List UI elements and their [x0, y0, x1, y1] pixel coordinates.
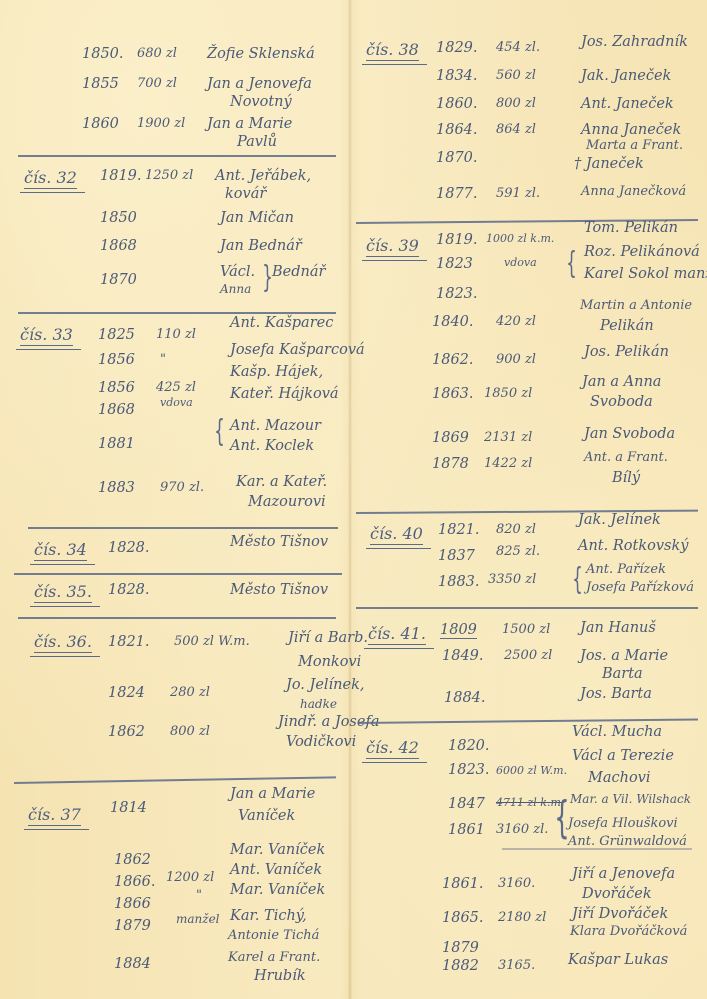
- owner-name: Václ.: [220, 264, 255, 280]
- year: 1884: [114, 956, 151, 972]
- amount: 2500 zl: [504, 648, 552, 663]
- year: 1862: [108, 724, 145, 740]
- owner-name: Jan a Anna: [582, 374, 661, 390]
- owner-name: Žofie Sklenská: [207, 46, 315, 62]
- amount: 420 zl: [496, 314, 536, 329]
- year: 1824: [108, 685, 145, 701]
- owner-name: Tom. Pelikán: [584, 220, 678, 236]
- year: 1850: [100, 210, 137, 226]
- house-number-label: čís. 40: [370, 524, 423, 545]
- amount: ": [160, 352, 166, 367]
- divider: [28, 527, 338, 529]
- owner-name: Jak. Jelínek: [578, 512, 661, 528]
- owner-name: Ant. Mazour: [230, 418, 321, 434]
- owner-name: Ant. Grünwaldová: [568, 834, 687, 849]
- bracket-icon: {: [566, 246, 577, 281]
- owner-name: Ant. Kašparec: [230, 315, 333, 331]
- house-number-label: čís. 33: [20, 325, 73, 346]
- owner-name: Anna Janečková: [581, 184, 686, 199]
- year: 1860: [82, 116, 119, 132]
- year: 1847: [448, 796, 485, 812]
- owner-name: Vodičkovi: [286, 734, 356, 750]
- year: 1823.: [436, 286, 478, 302]
- owner-name: Novotný: [230, 94, 292, 110]
- owner-name: Ant. a Frant.: [584, 450, 668, 465]
- amount: 700 zl: [137, 76, 177, 91]
- amount: 110 zl: [156, 327, 196, 342]
- amount: 500 zl W.m.: [174, 634, 250, 649]
- year: 1819.: [100, 168, 142, 184]
- owner-name: Ant. Rotkovský: [578, 538, 688, 554]
- year: 1870: [100, 272, 137, 288]
- amount: 800 zl: [496, 96, 536, 111]
- year: 1868: [98, 402, 135, 418]
- year: 1865.: [442, 910, 484, 926]
- owner-name: Jos. Zahradník: [581, 34, 688, 50]
- amount: 800 zl: [170, 724, 210, 739]
- amount: 280 zl: [170, 685, 210, 700]
- divider: [18, 155, 336, 157]
- owner-name: Anna: [220, 282, 251, 296]
- year: 1881: [98, 436, 135, 452]
- owner-name: † Janeček: [574, 156, 644, 172]
- amount: vdova: [160, 396, 193, 409]
- owner-name: Jan Svoboda: [584, 426, 675, 442]
- year: 1856: [98, 352, 135, 368]
- owner-name: Martin a Antonie: [580, 298, 692, 313]
- owner-name: Dvořáček: [582, 886, 652, 902]
- owner-name: Ant. Janeček: [581, 96, 674, 112]
- owner-name: Machovi: [588, 770, 651, 786]
- year: 1882: [442, 958, 479, 974]
- year: 1814: [110, 800, 147, 816]
- owner-name: Bednář: [272, 264, 325, 280]
- owner-name: Jos. Pelikán: [584, 344, 669, 360]
- year: 1869: [432, 430, 469, 446]
- owner-name: Kateř. Hájková: [230, 386, 339, 402]
- amount: 591 zl.: [496, 186, 540, 201]
- house-number-label: čís. 37: [28, 805, 81, 826]
- amount: 3160 zl.: [496, 822, 548, 837]
- owner-name: Ant. Vaníček: [230, 862, 322, 878]
- house-number-label: čís. 41.: [368, 624, 426, 645]
- divider: [18, 617, 336, 619]
- year: 1866.: [114, 874, 156, 890]
- owner-name: Anna Janeček: [581, 122, 681, 138]
- year: 1884.: [444, 690, 486, 706]
- owner-name: Roz. Pelikánová: [584, 244, 700, 260]
- owner-name: Ant. Pařízek: [586, 562, 666, 577]
- amount: manžel: [176, 912, 220, 926]
- year: 1863.: [432, 386, 474, 402]
- owner-name: Kar. a Kateř.: [236, 474, 327, 490]
- divider: [14, 776, 336, 783]
- amount: 3160.: [498, 876, 535, 891]
- owner-name: Pelikán: [600, 318, 654, 334]
- bracket-icon: {: [214, 414, 225, 449]
- owner-name: Ant. Koclek: [230, 438, 314, 454]
- amount: 1200 zl: [166, 870, 214, 885]
- year: 1861: [448, 822, 485, 838]
- year: 1840.: [432, 314, 474, 330]
- year: 1828.: [108, 582, 150, 598]
- year: 1879: [442, 940, 479, 956]
- divider: [358, 718, 698, 723]
- year: 1866: [114, 896, 151, 912]
- amount: 680 zl: [137, 46, 177, 61]
- amount: 970 zl.: [160, 480, 204, 495]
- amount: ": [196, 888, 202, 903]
- owner-name: Barta: [602, 666, 643, 682]
- amount: 1500 zl: [502, 622, 550, 637]
- left-column: 1850. 680 zl Žofie Sklenská 1855 700 zl …: [0, 0, 348, 999]
- year: 1821.: [438, 522, 480, 538]
- owner-name: Jos. a Marie: [580, 648, 668, 664]
- divider: [356, 607, 698, 609]
- owner-name: Kar. Tichý,: [230, 908, 307, 924]
- year: 1849.: [442, 648, 484, 664]
- year: 1855: [82, 76, 119, 92]
- year: 1878: [432, 456, 469, 472]
- year: 1860.: [436, 96, 478, 112]
- year: 1834.: [436, 68, 478, 84]
- amount: 3165.: [498, 958, 535, 973]
- owner-name: Hrubík: [254, 968, 306, 984]
- owner-name: kovář: [225, 186, 266, 202]
- owner-name: Josefa Kašparcová: [230, 342, 365, 358]
- owner-name: Klara Dvořáčková: [570, 924, 687, 939]
- owner-name: Jan Hanuš: [580, 620, 656, 636]
- amount: 2131 zl: [484, 430, 532, 445]
- bracket-icon: {: [572, 562, 583, 597]
- owner-name: Antonie Tichá: [228, 928, 319, 943]
- owner-name: Ant. Jeřábek,: [215, 168, 311, 184]
- house-number-label: čís. 39: [366, 236, 419, 257]
- year: 1883: [98, 480, 135, 496]
- year: 1877.: [436, 186, 478, 202]
- house-number-label: čís. 42: [366, 738, 419, 759]
- right-column: čís. 38 1829. 454 zl. Jos. Zahradník 183…: [352, 0, 707, 999]
- amount: 454 zl.: [496, 40, 540, 55]
- amount: 825 zl.: [496, 544, 540, 559]
- year: 1862.: [432, 352, 474, 368]
- owner-name: hadke: [300, 697, 337, 711]
- amount: 6000 zl W.m.: [496, 764, 567, 777]
- year: 1821.: [108, 634, 150, 650]
- amount: 1900 zl: [137, 116, 185, 131]
- amount: 1000 zl k.m.: [486, 232, 554, 245]
- year: 1809: [440, 622, 477, 639]
- year: 1828.: [108, 540, 150, 556]
- owner-name: Jan a Marie: [207, 116, 292, 132]
- owner-name: Město Tišnov: [230, 582, 328, 598]
- divider: [18, 312, 336, 314]
- register-page: 1850. 680 zl Žofie Sklenská 1855 700 zl …: [0, 0, 707, 999]
- owner-name: Jan a Marie: [230, 786, 315, 802]
- owner-name: Kašp. Hájek,: [230, 364, 323, 380]
- year: 1819.: [436, 232, 478, 248]
- owner-name: Mazourovi: [248, 494, 326, 510]
- owner-name: Mar. a Vil. Wilshack: [570, 792, 691, 806]
- year: 1856: [98, 380, 135, 396]
- owner-name: Jan a Jenovefa: [207, 76, 312, 92]
- amount: vdova: [504, 256, 537, 269]
- owner-name: Karel a Frant.: [228, 950, 320, 965]
- year: 1823: [436, 256, 473, 272]
- owner-name: Mar. Vaníček: [230, 842, 325, 858]
- amount: 560 zl: [496, 68, 536, 83]
- year: 1862: [114, 852, 151, 868]
- owner-name: Jan Bednář: [220, 238, 302, 254]
- owner-name: Josefa Hlouškovi: [568, 816, 678, 831]
- amount: 3350 zl: [488, 572, 536, 587]
- year: 1837: [438, 548, 475, 564]
- amount: 820 zl: [496, 522, 536, 537]
- year: 1861.: [442, 876, 484, 892]
- year: 1823.: [448, 762, 490, 778]
- amount: 1850 zl: [484, 386, 532, 401]
- owner-name: Jiří a Jenovefa: [572, 866, 675, 882]
- house-number-label: čís. 35.: [34, 582, 92, 603]
- amount: 1250 zl: [145, 168, 193, 183]
- house-number-label: čís. 32: [24, 168, 77, 189]
- house-number-label: čís. 34: [34, 540, 87, 561]
- house-number-label: čís. 36.: [34, 632, 92, 653]
- year: 1825: [98, 327, 135, 343]
- owner-name: Bílý: [612, 470, 640, 486]
- year: 1829.: [436, 40, 478, 56]
- owner-name: Marta a Frant.: [586, 138, 683, 153]
- owner-name: Karel Sokol manž.: [584, 266, 707, 282]
- divider: [14, 573, 342, 575]
- year: 1883.: [438, 574, 480, 590]
- owner-name: Kašpar Lukas: [568, 952, 668, 968]
- year: 1870.: [436, 150, 478, 166]
- owner-name: Josefa Pařízková: [586, 580, 694, 595]
- owner-name: Jos. Barta: [580, 686, 652, 702]
- owner-name: Svoboda: [590, 394, 653, 410]
- divider: [502, 848, 692, 850]
- owner-name: Jiří Dvořáček: [572, 906, 668, 922]
- amount: 425 zl: [156, 380, 196, 395]
- owner-name: Václ. Mucha: [572, 724, 662, 740]
- amount: 864 zl: [496, 122, 536, 137]
- owner-name: Václ a Terezie: [572, 748, 674, 764]
- year: 1820.: [448, 738, 490, 754]
- year: 1850.: [82, 46, 124, 62]
- amount: 900 zl: [496, 352, 536, 367]
- owner-name: Jak. Janeček: [581, 68, 671, 84]
- amount: 2180 zl: [498, 910, 546, 925]
- owner-name: Pavlů: [237, 134, 277, 150]
- amount: 1422 zl: [484, 456, 532, 471]
- year: 1868: [100, 238, 137, 254]
- year: 1879: [114, 918, 151, 934]
- owner-name: Mar. Vaníček: [230, 882, 325, 898]
- owner-name: Jan Mičan: [220, 210, 294, 226]
- year: 1864.: [436, 122, 478, 138]
- owner-name: Vaníček: [238, 808, 295, 824]
- owner-name: Město Tišnov: [230, 534, 328, 550]
- house-number-label: čís. 38: [366, 40, 419, 61]
